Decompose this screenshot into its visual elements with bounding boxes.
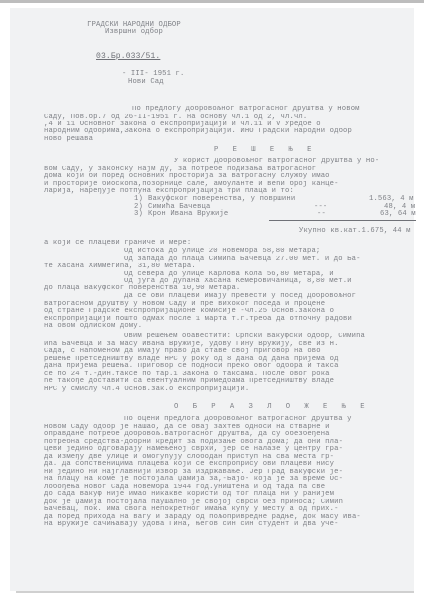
boundaries-intro: а који се плацеви граниче и мере: bbox=[44, 240, 191, 247]
document-place: Нови Сад bbox=[128, 79, 164, 86]
intro-line: народним одборима,Закона о експропријаци… bbox=[44, 128, 416, 135]
boundary-line: Од истока до улице 20 новембра 58,80 мет… bbox=[124, 248, 320, 255]
body-line: на овом одлиском дому. bbox=[44, 323, 142, 330]
parcel-area: 63, 64 м bbox=[380, 211, 416, 218]
body-line: од стране Градске експропријационе комис… bbox=[44, 308, 416, 315]
scan-bottom-edge bbox=[16, 591, 414, 593]
body-line: Овим решењем обавестити: Српски вакуфски… bbox=[124, 333, 416, 340]
body-line: оправдане потребе Добровољ.ватрогасног д… bbox=[44, 431, 416, 438]
issuer-department: Извршни одбор bbox=[64, 29, 204, 36]
issuer-header: ГРАДСКИ НАРОДНИ ОДБОР Извршни одбор bbox=[64, 22, 204, 37]
body-line: дома који би поред основних просторија з… bbox=[44, 173, 416, 180]
body-line: Бачевац, пок. има свога непокретног имањ… bbox=[44, 506, 416, 513]
body-line: цеви једино одговарају намењеној сврхи, … bbox=[44, 446, 416, 453]
parcel-owner: Крон Ивана Вружије bbox=[148, 211, 228, 218]
section-title-reasoning: О Б Р А З Л О Ж Е Њ Е bbox=[174, 404, 370, 411]
body-line: НРС у смислу чл.4 Основ.зак.о експроприј… bbox=[44, 386, 249, 393]
body-line: до сада вакуф није имао никакве користи … bbox=[44, 491, 416, 498]
body-line: Да се ови плацеви имају превести у посед… bbox=[124, 293, 416, 300]
body-line: на плацу на коме је постојала џамија за,… bbox=[44, 476, 416, 483]
parcel-number: 3) bbox=[134, 211, 143, 218]
boundary-line: те Хасана Химмегића, 31,80 метара. bbox=[44, 263, 196, 270]
body-line: дана пријема решења. Приговор се подноси… bbox=[44, 363, 416, 370]
body-line: Сада, с напоменом да имају право да став… bbox=[44, 348, 416, 355]
body-line: ће такође доставити са евентуалним приме… bbox=[44, 378, 416, 385]
reference-number: 03.Бр.033/51. bbox=[96, 53, 160, 60]
body-line: У корист Добровољног ватрогасног друштва… bbox=[174, 158, 416, 165]
intro-line: ново решава bbox=[44, 136, 93, 143]
intro-line: По предлогу Добровољног ватрогасног друш… bbox=[132, 106, 360, 113]
section-title-decision: Р Е Ш Е Њ Е bbox=[214, 147, 316, 154]
parcel-dash: -- bbox=[317, 211, 326, 218]
parcel-total: Укупно кв.кат.1.675, 44 м bbox=[299, 228, 411, 235]
sum-rule bbox=[269, 220, 416, 221]
boundary-line: до плаца Вакуфског поверенства 10,90 мет… bbox=[44, 285, 240, 292]
scan-top-edge bbox=[0, 0, 424, 3]
body-line: да. Да сопственицима плацева који се екс… bbox=[44, 461, 416, 468]
body-line: По оцени предлога Добровољног ватрогасно… bbox=[124, 416, 416, 423]
body-line: на Вружије сачињавају удова Гина, његов … bbox=[44, 521, 416, 528]
